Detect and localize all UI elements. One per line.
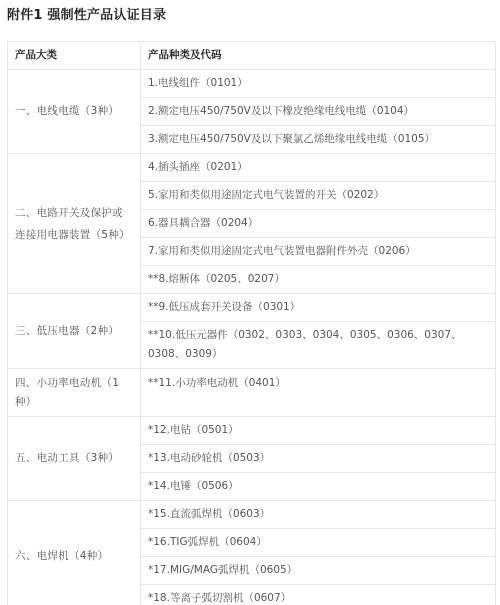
item-cell: **11.小功率电动机（0401） [141, 369, 496, 417]
item-cell: 2.额定电压450/750V及以下橡皮绝缘电线电缆（0104） [141, 98, 496, 126]
item-cell: 3.额定电压450/750V及以下聚氯乙烯绝缘电线电缆（0105） [141, 126, 496, 154]
category-cell: 一、电线电缆（3种） [8, 70, 141, 154]
item-cell: *17.MIG/MAG弧焊机（0605） [141, 557, 496, 585]
category-cell: 四、小功率电动机（1种） [8, 369, 141, 417]
document-title: 附件1 强制性产品认证目录 [7, 6, 166, 26]
table-row: 三、低压电器（2种） **9.低压成套开关设备（0301） [8, 294, 496, 322]
item-cell: **8.熔断体（0205、0207） [141, 266, 496, 294]
category-cell: 二、电路开关及保护或连接用电器装置（5种） [8, 154, 141, 294]
table-row: 五、电动工具（3种） *12.电钻（0501） [8, 417, 496, 445]
item-cell: 1.电线组件（0101） [141, 70, 496, 98]
item-cell: *16.TIG弧焊机（0604） [141, 529, 496, 557]
header-product-category: 产品大类 [8, 42, 141, 70]
item-cell: 6.器具耦合器（0204） [141, 210, 496, 238]
category-cell: 三、低压电器（2种） [8, 294, 141, 369]
item-cell: *13.电动砂轮机（0503） [141, 445, 496, 473]
table-row: 四、小功率电动机（1种） **11.小功率电动机（0401） [8, 369, 496, 417]
item-cell: *18.等离子弧切割机（0607） [141, 585, 496, 605]
table-row: 二、电路开关及保护或连接用电器装置（5种） 4.插头插座（0201） [8, 154, 496, 182]
table-header-row: 产品大类 产品种类及代码 [8, 42, 496, 70]
item-cell: 7.家用和类似用途固定式电气装置电器附件外壳（0206） [141, 238, 496, 266]
item-cell: **9.低压成套开关设备（0301） [141, 294, 496, 322]
item-cell: **10.低压元器件（0302、0303、0304、0305、0306、0307… [141, 322, 496, 369]
table-row: 六、电焊机（4种） *15.直流弧焊机（0603） [8, 501, 496, 529]
item-cell: *15.直流弧焊机（0603） [141, 501, 496, 529]
certification-catalog-table: 产品大类 产品种类及代码 一、电线电缆（3种） 1.电线组件（0101） 2.额… [7, 41, 496, 605]
item-cell: *14.电锤（0506） [141, 473, 496, 501]
item-cell: *12.电钻（0501） [141, 417, 496, 445]
item-cell: 4.插头插座（0201） [141, 154, 496, 182]
table-row: 一、电线电缆（3种） 1.电线组件（0101） [8, 70, 496, 98]
item-cell: 5.家用和类似用途固定式电气装置的开关（0202） [141, 182, 496, 210]
category-cell: 六、电焊机（4种） [8, 501, 141, 605]
category-cell: 五、电动工具（3种） [8, 417, 141, 501]
header-product-type-code: 产品种类及代码 [141, 42, 496, 70]
